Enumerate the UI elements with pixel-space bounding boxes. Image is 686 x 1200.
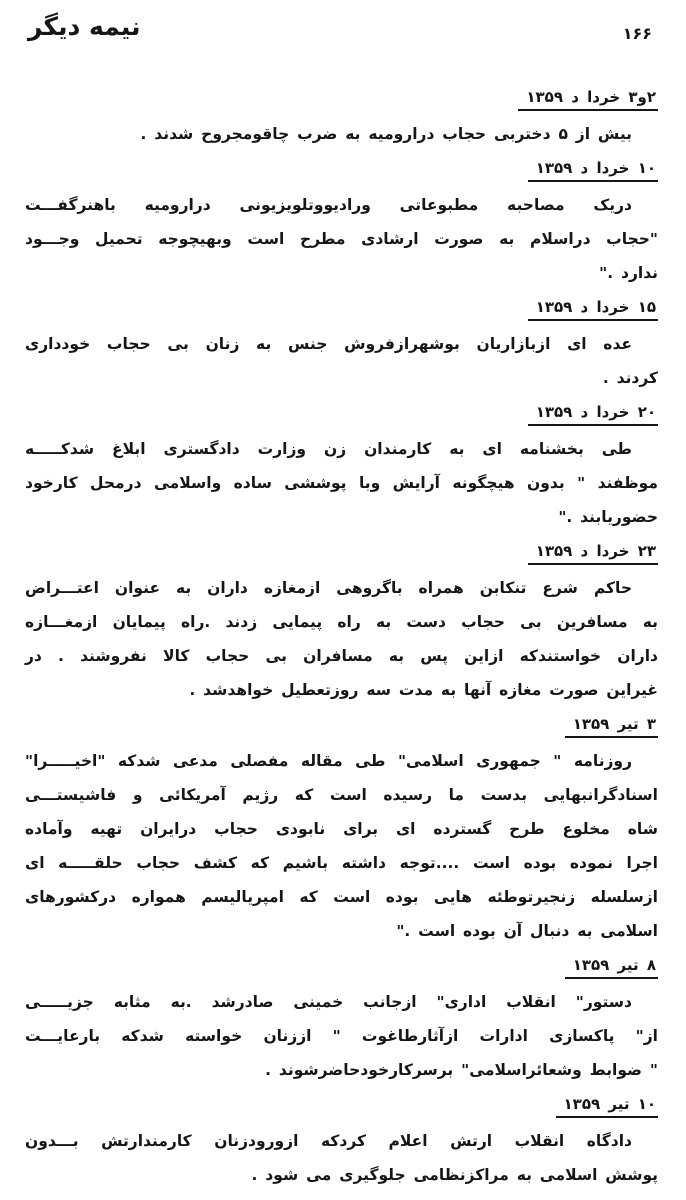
- body-line: به مسافرین بی حجاب دست به راه پیمایی زدن…: [25, 605, 658, 639]
- date-header: ۱۰ تیر ۱۳۵۹: [25, 1095, 658, 1118]
- date-header: ۱۰ خردا د ۱۳۵۹: [25, 159, 658, 182]
- date-header: ۸ تیر ۱۳۵۹: [25, 956, 658, 979]
- date-header-text: ۲۰ خردا د ۱۳۵۹: [528, 403, 658, 426]
- body-line: غیراین صورت مغازه آنها به مدت سه روزتعطی…: [25, 673, 658, 707]
- date-header: ۲۰ خردا د ۱۳۵۹: [25, 403, 658, 426]
- journal-masthead: نیمه دیگر: [28, 12, 141, 41]
- body-line: دستور" انقلاب اداری" ازجانب خمینی صادرشد…: [25, 985, 658, 1019]
- date-header-text: ۸ تیر ۱۳۵۹: [565, 956, 658, 979]
- body-line: " ضوابط وشعائراسلامی" برسرکارخودحاضرشوند…: [25, 1053, 658, 1087]
- date-header: ۲۳ خردا د ۱۳۵۹: [25, 542, 658, 565]
- body-line: طی بخشنامه ای به کارمندان زن وزارت دادگس…: [25, 432, 658, 466]
- body-line: ندارد .": [25, 256, 658, 290]
- date-header-text: ۲۳ خردا د ۱۳۵۹: [528, 542, 658, 565]
- body-line: ازسلسله زنجیرتوطئه هایی بوده است که امپر…: [25, 880, 658, 914]
- date-header-text: ۱۵ خردا د ۱۳۵۹: [528, 298, 658, 321]
- date-header-text: ۱۰ خردا د ۱۳۵۹: [528, 159, 658, 182]
- date-header-text: ۲و۳ خردا د ۱۳۵۹: [518, 88, 658, 111]
- date-header-text: ۳ تیر ۱۳۵۹: [565, 715, 658, 738]
- chronology-section: ۱۰ تیر ۱۳۵۹ دادگاه انقلاب ارتش اعلام کرد…: [25, 1095, 658, 1192]
- body-line: دریک مصاحبه مطبوعاتی ورادیووتلویزیونی در…: [25, 188, 658, 222]
- chronology-section: ۲۰ خردا د ۱۳۵۹ طی بخشنامه ای به کارمندان…: [25, 403, 658, 534]
- body-line: داران خواستندکه ازاین پس به مسافران بی ح…: [25, 639, 658, 673]
- scanned-journal-page: نیمه دیگر ۱۶۶ ۲و۳ خردا د ۱۳۵۹ بیش از ۵ د…: [0, 0, 686, 1200]
- body-line: بیش از ۵ دختربی حجاب درارومیه به ضرب چاق…: [25, 117, 658, 151]
- chronology-section: ۲و۳ خردا د ۱۳۵۹ بیش از ۵ دختربی حجاب درا…: [25, 88, 658, 151]
- body-line: روزنامه " جمهوری اسلامی" طی مقاله مفصلی …: [25, 744, 658, 778]
- date-header: ۳ تیر ۱۳۵۹: [25, 715, 658, 738]
- body-line: حاکم شرع تنکابن همراه باگروهی ازمغازه دا…: [25, 571, 658, 605]
- body-line: شاه مخلوع طرح گسترده ای برای نابودی حجاب…: [25, 812, 658, 846]
- body-line: عده ای ازبازاریان بوشهرازفروش جنس به زنا…: [25, 327, 658, 361]
- body-line: حضوریابند .": [25, 500, 658, 534]
- date-header: ۱۵ خردا د ۱۳۵۹: [25, 298, 658, 321]
- date-header-text: ۱۰ تیر ۱۳۵۹: [556, 1095, 658, 1118]
- body-line: کردند .: [25, 361, 658, 395]
- body-line: از" پاکسازی ادارات ازآثارطاغوت " اززنان …: [25, 1019, 658, 1053]
- body-line: پوشش اسلامی به مراکزنظامی جلوگیری می شود…: [25, 1158, 658, 1192]
- chronology-section: ۳ تیر ۱۳۵۹ روزنامه " جمهوری اسلامی" طی م…: [25, 715, 658, 948]
- chronology-section: ۱۵ خردا د ۱۳۵۹ عده ای ازبازاریان بوشهراز…: [25, 298, 658, 395]
- body-line: اسلامی به دنبال آن بوده است .": [25, 914, 658, 948]
- body-line: دادگاه انقلاب ارتش اعلام کردکه ازورودزنا…: [25, 1124, 658, 1158]
- page-number: ۱۶۶: [623, 24, 652, 43]
- chronology-section: ۸ تیر ۱۳۵۹ دستور" انقلاب اداری" ازجانب خ…: [25, 956, 658, 1087]
- body-line: "حجاب دراسلام به صورت ارشادی مطرح است وب…: [25, 222, 658, 256]
- chronology-section: ۱۰ خردا د ۱۳۵۹ دریک مصاحبه مطبوعاتی وراد…: [25, 159, 658, 290]
- chronology-content: ۲و۳ خردا د ۱۳۵۹ بیش از ۵ دختربی حجاب درا…: [25, 88, 658, 1200]
- body-line: اسنادگرانبهایی بدست ما رسیده است که رژیم…: [25, 778, 658, 812]
- chronology-section: ۲۳ خردا د ۱۳۵۹ حاکم شرع تنکابن همراه باگ…: [25, 542, 658, 707]
- date-header: ۲و۳ خردا د ۱۳۵۹: [25, 88, 658, 111]
- body-line: موظفند " بدون هیچگونه آرایش وبا پوششی سا…: [25, 466, 658, 500]
- body-line: اجرا نموده بوده است ....توجه داشته باشیم…: [25, 846, 658, 880]
